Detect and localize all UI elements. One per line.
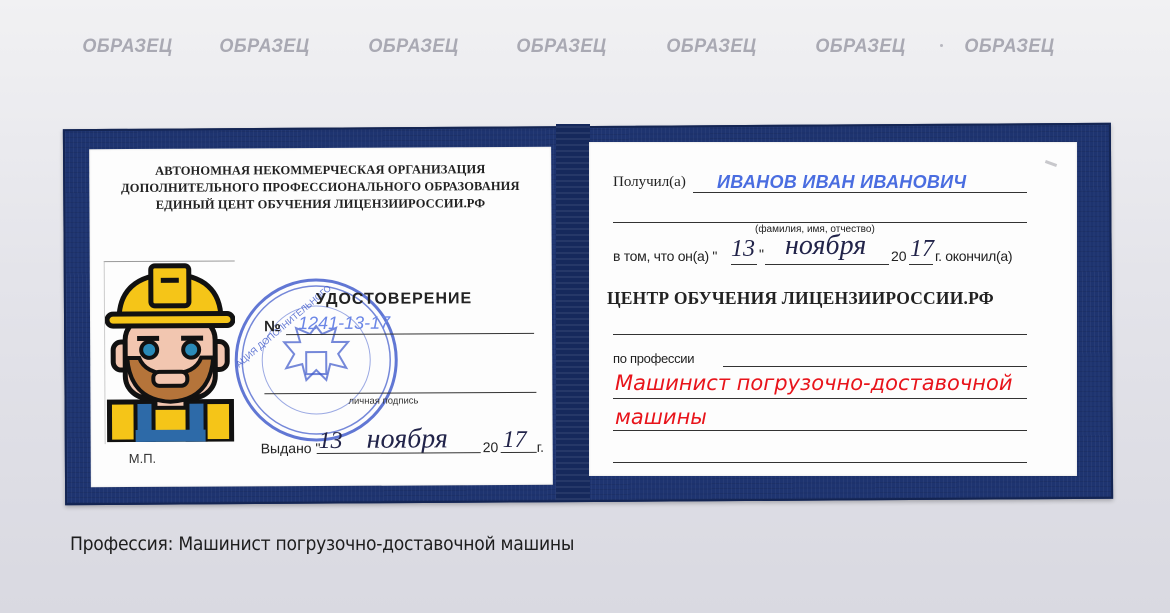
watermark-text: ОБРАЗЕЦ [368, 36, 458, 58]
name-underline [693, 192, 1027, 193]
watermark-text: ОБРАЗЕЦ [219, 36, 309, 58]
issued-label: Выдано " [261, 440, 321, 456]
completion-year-underline [909, 264, 933, 265]
issued-month: ноября [367, 423, 448, 455]
received-label: Получил(а) [613, 174, 686, 191]
name-underline-2 [613, 222, 1027, 223]
completion-month: ноября [785, 230, 866, 262]
certificate-number-label: № [264, 318, 281, 335]
issued-year-underline [501, 452, 537, 453]
watermark-text: ОБРАЗЕЦ [666, 36, 756, 58]
certificate-title: УДОСТОВЕРЕНИЕ [316, 290, 472, 309]
holder-photo [104, 260, 236, 444]
watermark-text: ОБРАЗЕЦ [82, 36, 172, 58]
certificate-left-page: АВТОНОМНАЯ НЕКОММЕРЧЕСКАЯ ОРГАНИЗАЦИЯ ДО… [89, 147, 553, 487]
issued-year-prefix: 20 [483, 439, 499, 455]
completion-year-prefix: 20 [891, 248, 907, 264]
issued-day: 13 [319, 428, 343, 455]
profession-label: по профессии [613, 351, 694, 366]
watermark-text: ОБРАЗЕЦ [815, 36, 905, 58]
finished-label: г. окончил(а) [935, 248, 1012, 264]
watermark-row: ОБРАЗЕЦ ОБРАЗЕЦ ОБРАЗЕЦ ОБРАЗЕЦ ОБРАЗЕЦ … [0, 36, 1170, 66]
watermark-dot [940, 44, 943, 47]
completion-year: 17 [910, 236, 934, 263]
profession-caption: Профессия: Машинист погрузочно-доставочн… [70, 534, 574, 555]
training-center-name: ЦЕНТР ОБУЧЕНИЯ ЛИЦЕНЗИИРОССИИ.РФ [607, 288, 994, 309]
holder-full-name: ИВАНОВ ИВАН ИВАНОВИЧ [717, 172, 966, 193]
stamp-placeholder-label: М.П. [129, 451, 156, 466]
completion-month-underline [765, 264, 889, 265]
certificate-number: 1241-13-17 [298, 313, 390, 334]
watermark-text: ОБРАЗЕЦ [516, 36, 606, 58]
certificate-right-page: Получил(а) ИВАНОВ ИВАН ИВАНОВИЧ (фамилия… [589, 142, 1077, 476]
completion-day-underline [731, 264, 757, 265]
watermark-text: ОБРАЗЕЦ [964, 36, 1054, 58]
signature-label: личная подпись [348, 395, 418, 406]
issued-year-suffix: г. [537, 439, 544, 455]
profession-value: Машинист погрузочно-доставочной машины [615, 366, 1085, 434]
construction-worker-icon [105, 261, 236, 442]
center-underline [613, 334, 1027, 335]
profession-underline-4 [613, 462, 1027, 463]
page-mark [1045, 160, 1057, 167]
completion-quote: " [759, 246, 764, 262]
number-underline [286, 333, 534, 335]
completion-day: 13 [731, 236, 755, 263]
completion-label: в том, что он(а) " [613, 248, 717, 264]
issued-year: 17 [503, 427, 527, 454]
organization-line-3: ЕДИНЫЙ ЦЕНТ ОБУЧЕНИЯ ЛИЦЕНЗИИРОССИИ.РФ [89, 195, 551, 214]
certificate-spine [556, 124, 590, 500]
organization-header: АВТОНОМНАЯ НЕКОММЕРЧЕСКАЯ ОРГАНИЗАЦИЯ ДО… [89, 161, 551, 214]
